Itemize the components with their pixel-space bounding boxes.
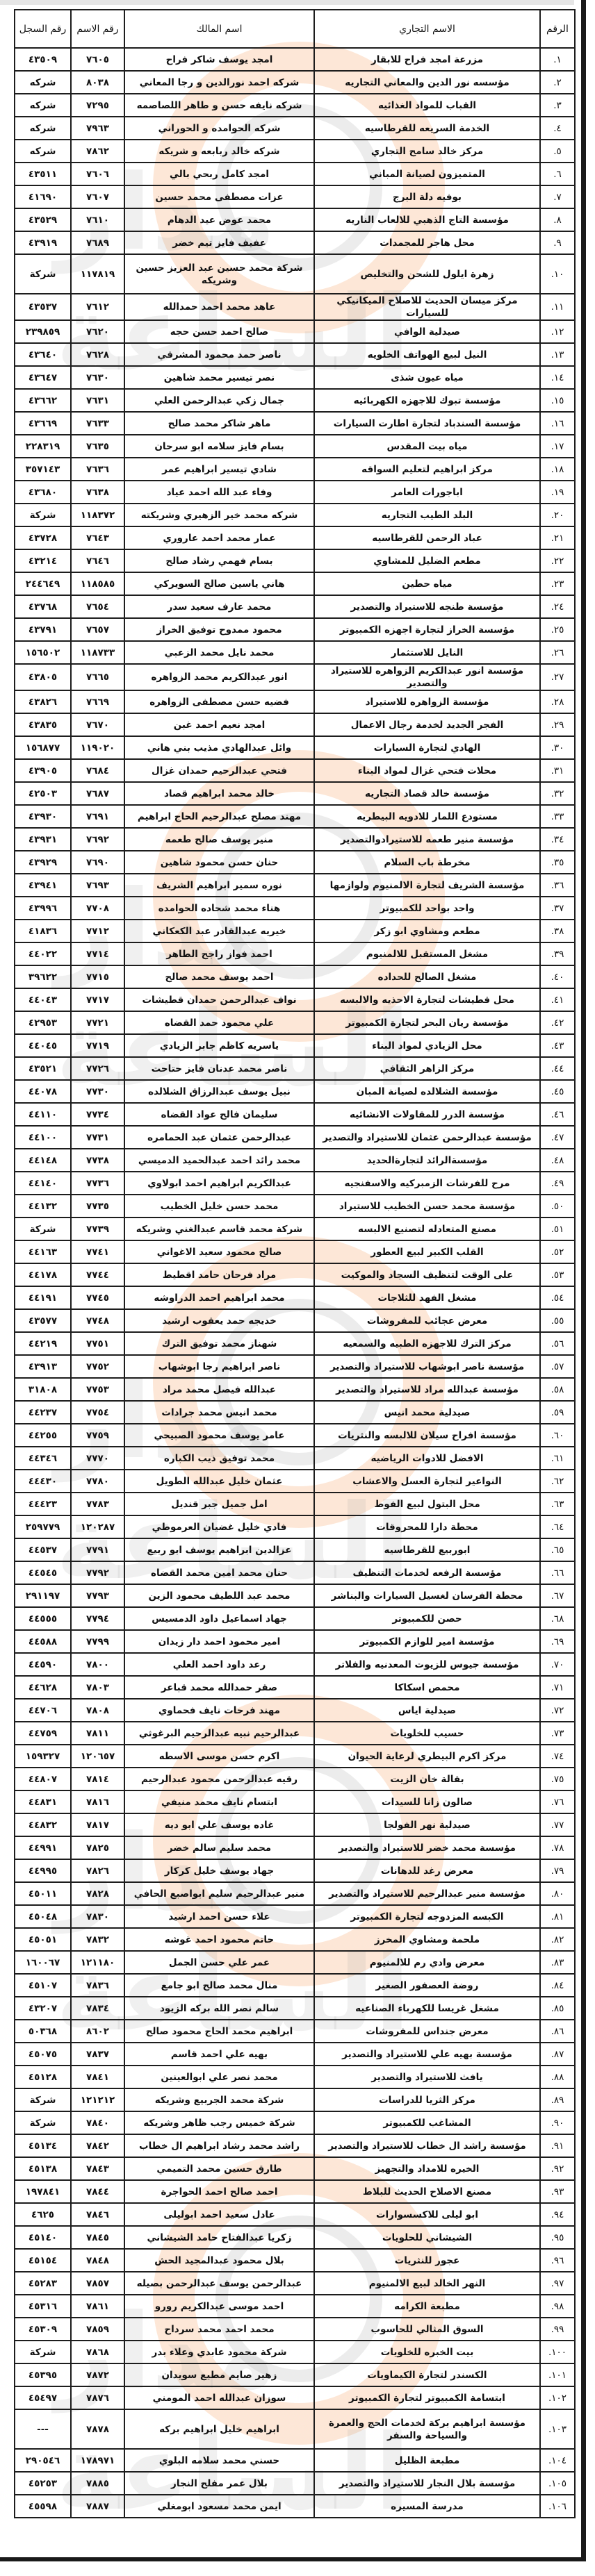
row-index: ٩٩. xyxy=(540,2318,575,2341)
registry-number-cell: ٤٥١٢٨ xyxy=(15,2066,71,2088)
row-index: ٤٠. xyxy=(540,965,575,988)
name-number-cell: ١١٧٨١٩ xyxy=(71,254,124,294)
name-number-cell: ١٢٠٢٨٧ xyxy=(71,1515,124,1538)
owner-name-cell: نواف عبدالرحمن حمدان قطيشات xyxy=(124,988,314,1011)
top-strip xyxy=(0,0,574,5)
table-row: ٧٠.مؤسسة جيوس للزيوت المعدنيه والفلاتررع… xyxy=(15,1653,575,1676)
registry-number-cell: ٤٤١٧٨ xyxy=(15,1263,71,1286)
table-row: ٧٣.حسيب للخلوياتعبدالرحيم نبيه عبدالرحيم… xyxy=(15,1722,575,1745)
name-number-cell: ٧٧٠٨ xyxy=(71,897,124,920)
table-row: ٢.مؤسسه نور الدين والمعاني التجاريهشركه … xyxy=(15,71,575,94)
owner-name-cell: جهاد اسماعيل داود الدمسيس xyxy=(124,1607,314,1630)
row-index: ٧٦. xyxy=(540,1790,575,1813)
table-row: ٦٤.محطة دارا للمحروقاتفادي خليل غضيان ال… xyxy=(15,1515,575,1538)
name-number-cell: ٧٨٣٦ xyxy=(71,1974,124,1997)
row-index: ١٨. xyxy=(540,458,575,481)
name-number-cell: ٧٨٣٤ xyxy=(71,1997,124,2020)
trade-name-cell: مطبعة الكرامه xyxy=(314,2295,540,2318)
registry-number-cell: ٤٤٤٢٣ xyxy=(15,1493,71,1515)
owner-name-cell: خديجه حمد يعقوب ارشيد xyxy=(124,1309,314,1332)
table-row: ٩٧.النهر الخالد لبيع الالمنيومعبدالرحمن … xyxy=(15,2272,575,2295)
frame-right-border xyxy=(581,0,586,2561)
table-row: ٥٨.مؤسسة عبدالله مراد للاستيراد والتصدير… xyxy=(15,1378,575,1401)
name-number-cell: ٧٨٤٨ xyxy=(71,2249,124,2272)
table-row: ٤٦.مؤسسة الدرر للمقاولات الانشائيهسليمان… xyxy=(15,1103,575,1126)
owner-name-cell: ناصر حمد محمود المشرقي xyxy=(124,343,314,366)
row-index: ٦١. xyxy=(540,1447,575,1470)
name-number-cell: ٧٦٣٥ xyxy=(71,435,124,458)
row-index: ٨٦. xyxy=(540,2020,575,2043)
owner-name-cell: محمد عبد اللطيف محمود الزين xyxy=(124,1584,314,1607)
owner-name-cell: هناء محمد شحاده الحوامده xyxy=(124,897,314,920)
trade-name-cell: مؤسسة منير عبدالرحيم للاستيراد والتصدير xyxy=(314,1882,540,1905)
table-row: ٣٦.مؤسسة الشريف لتجارة الالمنيوم ولوازمه… xyxy=(15,874,575,897)
name-number-cell: ٧٦١٠ xyxy=(71,208,124,231)
registry-number-cell: ٤٥١٣٨ xyxy=(15,2157,71,2180)
table-row: ١١.مركز ميسان الحديث للاصلاح الميكانيكي … xyxy=(15,294,575,320)
name-number-cell: ٧٦٨٩ xyxy=(71,231,124,254)
name-number-cell: ٧٨٥٧ xyxy=(71,2272,124,2295)
row-index: ٦٨. xyxy=(540,1607,575,1630)
row-index: ١٥. xyxy=(540,389,575,412)
registry-number-cell: ١٥٦٨٧٧ xyxy=(15,736,71,759)
row-index: ٣٣. xyxy=(540,805,575,828)
registry-number-cell: شركه xyxy=(15,71,71,94)
row-index: ٣٢. xyxy=(540,782,575,805)
name-number-cell: ٧٧١٧ xyxy=(71,988,124,1011)
registry-number-cell: ٤٣٩٤١ xyxy=(15,874,71,897)
table-row: ٣٢.مؤسسة خالد قصاد التجاريهخالد محمد ابر… xyxy=(15,782,575,805)
row-index: ٨. xyxy=(540,208,575,231)
row-index: ٧٩. xyxy=(540,1859,575,1882)
trade-name-cell: محلات فتحي غزال لمواد البناء xyxy=(314,759,540,782)
owner-name-cell: امل جميل جبر قنديل xyxy=(124,1493,314,1515)
table-row: ١٠١.الكسندر لتجارة الكيماوياتزهير صايم م… xyxy=(15,2363,575,2386)
trade-name-cell: بقالة خان الزيت xyxy=(314,1768,540,1790)
row-index: ٤٦. xyxy=(540,1103,575,1126)
row-index: ١٩. xyxy=(540,481,575,504)
name-number-cell: ٧٦٣٣ xyxy=(71,412,124,435)
name-number-cell: ٧٨٤١ xyxy=(71,2066,124,2088)
name-number-cell: ٧٧١٢ xyxy=(71,920,124,942)
owner-name-cell: بسام فايز سلامه ابو سرحان xyxy=(124,435,314,458)
name-number-cell: ١٧٨٩٧١ xyxy=(71,2449,124,2472)
name-number-cell: ٨٦٠٢ xyxy=(71,2020,124,2043)
table-row: ٦١.الافضل للادوات الرياضيهمحمد توفيق ذيب… xyxy=(15,1447,575,1470)
trade-name-cell: النواعير لتجارة العسل والاعشاب xyxy=(314,1470,540,1493)
registry-number-cell: ٤٤٧٠٦ xyxy=(15,1699,71,1722)
owner-name-cell: حاتم محمود احمد غوشه xyxy=(124,1928,314,1951)
name-number-cell: ٧٦٠٥ xyxy=(71,48,124,71)
name-number-cell: ١٢١٢١٢ xyxy=(71,2088,124,2111)
row-index: ٣. xyxy=(540,94,575,117)
row-index: ٩٠. xyxy=(540,2111,575,2134)
trade-name-cell: مؤسسة خالد قصاد التجاريه xyxy=(314,782,540,805)
name-number-cell: ٧٨٧٨ xyxy=(71,2409,124,2449)
name-number-cell: ١١٩٠٢٠ xyxy=(71,736,124,759)
trade-name-cell: الهادي لتجارة السيارات xyxy=(314,736,540,759)
row-index: ٣٦. xyxy=(540,874,575,897)
table-row: ٣٩.مشغل المستقبل للالمنيوماحمد فواز راجح… xyxy=(15,942,575,965)
table-row: ٤٨.مؤسسةالرائد لتجارةالحديدمحمد رائد احم… xyxy=(15,1149,575,1172)
registry-number-cell: ١٥٩٣٢٧ xyxy=(15,1745,71,1768)
table-row: ٨٥.مشغل غريسا للكهرباء الصناعيهسالم نصر … xyxy=(15,1997,575,2020)
name-number-cell: ٧٢٩٥ xyxy=(71,94,124,117)
registry-number-cell: ٤٥٢٨٣ xyxy=(15,2272,71,2295)
owner-name-cell: عبدالرحيم نبيه عبدالرحيم البرغوثي xyxy=(124,1722,314,1745)
registry-number-cell: ٤٣٨٣٥ xyxy=(15,713,71,736)
trade-name-cell: بيت الخبره للخلويات xyxy=(314,2341,540,2363)
table-row: ٣٤.مؤسسة منير طعمه للاستيرادوالتصديرمنير… xyxy=(15,828,575,851)
trade-name-cell: مؤسسة السندباد لتجارة اطارت السيارات xyxy=(314,412,540,435)
trade-name-cell: مؤسسة تبوك للاجهزه الكهربائيه xyxy=(314,389,540,412)
registry-number-cell: ٤٥١٠٧ xyxy=(15,1974,71,1997)
owner-name-cell: محمد حسن خليل الخطيب xyxy=(124,1195,314,1218)
trade-name-cell: مؤسسة منير طعمه للاستيرادوالتصدير xyxy=(314,828,540,851)
table-row: ٣٠.الهادي لتجارة السياراتوائل عبدالهادي … xyxy=(15,736,575,759)
registry-number-cell: ٤٤٥٥٥ xyxy=(15,1607,71,1630)
table-row: ١٠٥.مؤسسة بلال النجار للاستيراد والتصدير… xyxy=(15,2472,575,2495)
name-number-cell: ٧٦٥٤ xyxy=(71,595,124,618)
registry-number-cell: ٤٤٨٠٧ xyxy=(15,1768,71,1790)
owner-name-cell: علي محمود حمد القضاه xyxy=(124,1011,314,1034)
owner-name-cell: ناصر محمد عدنان فايز حتاحت xyxy=(124,1057,314,1080)
name-number-cell: ٧٦٧٠ xyxy=(71,713,124,736)
trade-name-cell: مؤسسة ريان البحر لتجارة الكمبيوتر xyxy=(314,1011,540,1034)
row-index: ٧٥. xyxy=(540,1768,575,1790)
row-index: ٢٨. xyxy=(540,690,575,713)
registry-number-cell: ٤٣٧٩١ xyxy=(15,618,71,641)
registry-number-cell: ٤٥٣٩٥ xyxy=(15,2363,71,2386)
owner-name-cell: بهيه علي احمد قاسم xyxy=(124,2043,314,2066)
name-number-cell: ٧٧١٩ xyxy=(71,1034,124,1057)
owner-name-cell: نصر تيسير محمد شاهين xyxy=(124,366,314,389)
row-index: ٧٨. xyxy=(540,1836,575,1859)
table-row: ١٠.زهرة ايلول للشحن والتخليصشركة محمد حس… xyxy=(15,254,575,294)
owner-name-cell: محمد نصر علي ابوالعينين xyxy=(124,2066,314,2088)
name-number-cell: ٧٨٨٥ xyxy=(71,2472,124,2495)
trade-name-cell: معرض رغد للدهانات xyxy=(314,1859,540,1882)
name-number-cell: ٧٦٩٠ xyxy=(71,851,124,874)
name-number-cell: ٧٨٣٢ xyxy=(71,1928,124,1951)
header-index: الرقم xyxy=(540,10,575,48)
table-row: ٦٢.النواعير لتجارة العسل والاعشابعثمان خ… xyxy=(15,1470,575,1493)
registry-number-cell: ٤٦٢٥ xyxy=(15,2203,71,2226)
owner-name-cell: ناصر ابراهيم رجا ابوشهاب xyxy=(124,1355,314,1378)
table-row: ٣٧.واحد بواحد للكمبيوترهناء محمد شحاده ا… xyxy=(15,897,575,920)
table-row: ٨٦.معرض جنداس للمفروشاتابراهيم محمد الحا… xyxy=(15,2020,575,2043)
row-index: ٣٥. xyxy=(540,851,575,874)
table-row: ٤٧.مؤسسة عبدالرحمن عثمان للاستيراد والتص… xyxy=(15,1126,575,1149)
registry-number-cell: ٤٣٧٦٨ xyxy=(15,595,71,618)
registry-number-cell: ٤٥١٥٤ xyxy=(15,2249,71,2272)
row-index: ٥٩. xyxy=(540,1401,575,1424)
table-row: ١٣.النيل لبيع الهواتف الخلويهناصر حمد مح… xyxy=(15,343,575,366)
name-number-cell: ٧٦٣٠ xyxy=(71,366,124,389)
trade-name-cell: مؤسسة بهيه علي للاستيراد والتصدير xyxy=(314,2043,540,2066)
name-number-cell: ٧٦٤٣ xyxy=(71,526,124,549)
row-index: ١٠١. xyxy=(540,2363,575,2386)
owner-name-cell: علاء حسن احمد ارشيد xyxy=(124,1905,314,1928)
table-row: ٣١.محلات فتحي غزال لمواد البناءفتحي عبدا… xyxy=(15,759,575,782)
table-row: ٤.الخدمة السريعه للقرطاسيهشركه الحوامده … xyxy=(15,117,575,140)
trade-name-cell: روضة العصفور الصغير xyxy=(314,1974,540,1997)
row-index: ٥٤. xyxy=(540,1286,575,1309)
trade-name-cell: حصن للكمبيوتر xyxy=(314,1607,540,1630)
trade-name-cell: مركز الترك للاجهزه الطبيه والسمعيه xyxy=(314,1332,540,1355)
row-index: ٧٤. xyxy=(540,1745,575,1768)
table-row: ٧.بوفيه دلة البرجعزات مصطفى محمد حسين٧٦٠… xyxy=(15,185,575,208)
owner-name-cell: محمد نايل محمد الزعبي xyxy=(124,641,314,664)
table-row: ٦٥.ابوربيع للقرطاسيهعزالدين ابراهيم يوسف… xyxy=(15,1538,575,1561)
owner-name-cell: فادي خليل غضيان العرموطي xyxy=(124,1515,314,1538)
trade-name-cell: معرض جنداس للمفروشات xyxy=(314,2020,540,2043)
table-row: ٩٠.المشاغب للكمبيوترشركة خميس رجب ظاهر و… xyxy=(15,2111,575,2134)
row-index: ٩٢. xyxy=(540,2157,575,2180)
name-number-cell: ٧٦١٢ xyxy=(71,294,124,320)
registry-number-cell: ٤٥٠٤٨ xyxy=(15,1905,71,1928)
owner-name-cell: رقيه عبدالرحمن محمود عبدالرحيم xyxy=(124,1768,314,1790)
trade-name-cell: مركز الثريا للدراسات xyxy=(314,2088,540,2111)
table-row: ٥٩.صيدلية محمد انيسمحمد انيس محمد جرادات… xyxy=(15,1401,575,1424)
owner-name-cell: عادل سعيد احمد ابوليلى xyxy=(124,2203,314,2226)
trade-name-cell: مؤسسة عبدالله مراد للاستيراد والتصدير xyxy=(314,1378,540,1401)
table-row: ٧٧.صيدلية نهر الفولجاغاده يوسف علي ابو د… xyxy=(15,1813,575,1836)
trade-name-cell: القباب للمواد الغذائيه xyxy=(314,94,540,117)
registry-number-cell: شركه xyxy=(15,140,71,163)
row-index: ٧. xyxy=(540,185,575,208)
table-row: ٧٥.بقالة خان الزيترقيه عبدالرحمن محمود ع… xyxy=(15,1768,575,1790)
row-index: ٢٣. xyxy=(540,572,575,595)
row-index: ٣٧. xyxy=(540,897,575,920)
owner-name-cell: ايمن محمد مسعود ابومغلي xyxy=(124,2495,314,2518)
trade-name-cell: مؤسسه نور الدين والمعاني التجاريه xyxy=(314,71,540,94)
owner-name-cell: محمود ممدوح توفيق الخراز xyxy=(124,618,314,641)
row-index: ١٠٠. xyxy=(540,2341,575,2363)
owner-name-cell: عثمان خليل عبدالله الطويل xyxy=(124,1470,314,1493)
name-number-cell: ٧٧٤٥ xyxy=(71,1286,124,1309)
name-number-cell: ٧٨٤٣ xyxy=(71,2157,124,2180)
row-index: ٤٥. xyxy=(540,1080,575,1103)
owner-name-cell: عفيف فايز تيم خضر xyxy=(124,231,314,254)
row-index: ٦. xyxy=(540,163,575,185)
table-row: ٧٢.صيدلية اياسمهند فرحات نايف فحماوي٧٨٠٨… xyxy=(15,1699,575,1722)
name-number-cell: ١٢١١٨٠ xyxy=(71,1951,124,1974)
owner-name-cell: محمد رائد احمد عبدالحميد الدميسي xyxy=(124,1149,314,1172)
trade-name-cell: محل البتول لبيع الفوط xyxy=(314,1493,540,1515)
trade-name-cell: مركز الزاهر الثقافي xyxy=(314,1057,540,1080)
registry-number-cell: ٤٤٠٤٥ xyxy=(15,1034,71,1057)
owner-name-cell: محمد عوض عيد الدهام xyxy=(124,208,314,231)
owner-name-cell: عبدالكريم ابراهيم احمد ابولاوي xyxy=(124,1172,314,1195)
row-index: ٧٧. xyxy=(540,1813,575,1836)
owner-name-cell: راشد محمد رشاد ابراهيم ال خطاب xyxy=(124,2134,314,2157)
registry-number-cell: ٣٩٦٢٢ xyxy=(15,965,71,988)
name-number-cell: ٧٨٣٧ xyxy=(71,2043,124,2066)
table-row: ٦٠.مؤسسة افراح سيلان للالبسه والنثرياتعا… xyxy=(15,1424,575,1447)
row-index: ٥١. xyxy=(540,1218,575,1240)
owner-name-cell: عمر علي حسن الجمل xyxy=(124,1951,314,1974)
registry-number-cell: ٢٩١١٩٧ xyxy=(15,1584,71,1607)
name-number-cell: ٧٧٣٦ xyxy=(71,1172,124,1195)
name-number-cell: ٧٦٩١ xyxy=(71,805,124,828)
owner-name-cell: بلال محمود عبدالمجيد الحش xyxy=(124,2249,314,2272)
trade-name-cell: محمص اسكاكا xyxy=(314,1676,540,1699)
table-row: ١٩.اباجورات العامروفاء عبد الله احمد عيا… xyxy=(15,481,575,504)
registry-number-cell: شركة xyxy=(15,1218,71,1240)
table-row: ٥٣.على الوقت لتنظيف السجاد والموكيتمراد … xyxy=(15,1263,575,1286)
table-row: ٥٤.مشغل الفهد للثلاجاتمحمد ابراهيم احمد … xyxy=(15,1286,575,1309)
trade-name-cell: مدرسة المسيره xyxy=(314,2495,540,2518)
table-row: ١.مزرعة امجد فراح للابقارامجد يوسف شاكر … xyxy=(15,48,575,71)
owner-name-cell: زهير صايم مطيع سويدان xyxy=(124,2363,314,2386)
registry-number-cell: ٤٥٢٥٣ xyxy=(15,2472,71,2495)
trade-name-cell: مؤسسة بلال النجار للاستيراد والتصدير xyxy=(314,2472,540,2495)
registry-number-cell: ٤٥٠٥١ xyxy=(15,1928,71,1951)
trade-name-cell: صيدلية الوافي xyxy=(314,320,540,343)
row-index: ٦٦. xyxy=(540,1561,575,1584)
registry-number-cell: شركة xyxy=(15,2111,71,2134)
owner-name-cell: احمد صالح احمد الحواجرة xyxy=(124,2180,314,2203)
name-number-cell: ٧٨٤٤ xyxy=(71,2180,124,2203)
name-number-cell: ٧٨٤٠ xyxy=(71,2111,124,2134)
registry-number-cell: ٤٥٥٩٨ xyxy=(15,2495,71,2518)
row-index: ٤٤. xyxy=(540,1057,575,1080)
row-index: ٦٠. xyxy=(540,1424,575,1447)
row-index: ٣١. xyxy=(540,759,575,782)
registry-number-cell: ٤٤٤٣٠ xyxy=(15,1470,71,1493)
registry-number-cell: ٤٣٦٦٩ xyxy=(15,412,71,435)
name-number-cell: ٧٨١٦ xyxy=(71,1790,124,1813)
trade-name-cell: مؤسسة جيوس للزيوت المعدنيه والفلاتر xyxy=(314,1653,540,1676)
row-index: ٢٦. xyxy=(540,641,575,664)
registry-number-cell: ٤٣٥١١ xyxy=(15,163,71,185)
owner-name-cell: عامر يوسف محمود الصبيحي xyxy=(124,1424,314,1447)
row-index: ٣٩. xyxy=(540,942,575,965)
table-row: ٨٢.ملحمة ومشاوي المخرزحاتم محمود احمد غو… xyxy=(15,1928,575,1951)
owner-name-cell: محمد سليم سالم خضر xyxy=(124,1836,314,1859)
table-row: ٨٨.يافث للاستيراد والتصديرمحمد نصر علي ا… xyxy=(15,2066,575,2088)
name-number-cell: ٧٧٨٣ xyxy=(71,1493,124,1515)
owner-name-cell: شركه محمد خير الزهيري وشريكته xyxy=(124,504,314,526)
owner-name-cell: ابراهيم خليل ابراهيم بركه xyxy=(124,2409,314,2449)
registry-number-cell: ٤٤٩٩١ xyxy=(15,1836,71,1859)
registry-number-cell: ٤٢٥٠٣ xyxy=(15,782,71,805)
table-row: ٢٠.البلد الطيب التجاريهشركه محمد خير الز… xyxy=(15,504,575,526)
trade-name-cell: مشغل الصالح للحداده xyxy=(314,965,540,988)
name-number-cell: ٧٨٠٣ xyxy=(71,1676,124,1699)
row-index: ٨٩. xyxy=(540,2088,575,2111)
name-number-cell: ٧٨٥٩ xyxy=(71,2318,124,2341)
row-index: ٢٠. xyxy=(540,504,575,526)
row-index: ٢٥. xyxy=(540,618,575,641)
table-row: ٢٧.مؤسسة انور عبدالكريم الزواهره للاستير… xyxy=(15,664,575,690)
name-number-cell: ٧٩٦٣ xyxy=(71,117,124,140)
table-row: ٨١.الكبسه المزدوجه لتجارة الكمبيوترعلاء … xyxy=(15,1905,575,1928)
row-index: ٥. xyxy=(540,140,575,163)
name-number-cell: ٧٨٦٨ xyxy=(71,2341,124,2363)
owner-name-cell: فتحي عبدالرحيم حمدان غزال xyxy=(124,759,314,782)
row-index: ٥٦. xyxy=(540,1332,575,1355)
owner-name-cell: خيريه عبدالقادر عبد الكعكاني xyxy=(124,920,314,942)
registry-number-cell: ٤٣٩١٣ xyxy=(15,1355,71,1378)
row-index: ٢٩. xyxy=(540,713,575,736)
row-index: ١٦. xyxy=(540,412,575,435)
name-number-cell: ٧٧٩٢ xyxy=(71,1561,124,1584)
row-index: ٨٣. xyxy=(540,1951,575,1974)
row-index: ٥٠. xyxy=(540,1195,575,1218)
row-index: ٥٥. xyxy=(540,1309,575,1332)
registry-number-cell: ٤٤٠٤٣ xyxy=(15,988,71,1011)
name-number-cell: ٧٨٢٥ xyxy=(71,1836,124,1859)
name-number-cell: ٧٧٤١ xyxy=(71,1240,124,1263)
registry-number-cell: شركه xyxy=(15,94,71,117)
row-index: ١٠٢. xyxy=(540,2386,575,2409)
owner-name-cell: عبدالرحمن يوسف عبدالرحمن بصيله xyxy=(124,2272,314,2295)
registry-number-cell: شركة xyxy=(15,254,71,294)
owner-name-cell: سوزان عبدالله احمد المومني xyxy=(124,2386,314,2409)
name-number-cell: ٧٧٥٣ xyxy=(71,1378,124,1401)
trade-name-cell: مياه بيت المقدس xyxy=(314,435,540,458)
trade-name-cell: الكسندر لتجارة الكيماويات xyxy=(314,2363,540,2386)
registry-number-cell: ٤٤١٣٢ xyxy=(15,1195,71,1218)
registry-number-cell: ٤٣٧٢٨ xyxy=(15,526,71,549)
owner-name-cell: شركة محمود عابدي وعلاء بدر xyxy=(124,2341,314,2363)
row-index: ٢. xyxy=(540,71,575,94)
row-index: ٦٧. xyxy=(540,1584,575,1607)
table-row: ٧٤.مركز اكرم البيطري لرعاية الحيواناكرم … xyxy=(15,1745,575,1768)
row-index: ١. xyxy=(540,48,575,71)
registry-number-cell: ٤٣٢٠٧ xyxy=(15,1997,71,2020)
owner-name-cell: بسام فهمي رشاد صالح xyxy=(124,549,314,572)
registry-number-cell: ٢٤٤٦٤٩ xyxy=(15,572,71,595)
name-number-cell: ٧٨١٤ xyxy=(71,1768,124,1790)
trade-name-cell: الخيره للامداد والتجهيز xyxy=(314,2157,540,2180)
row-index: ٦٩. xyxy=(540,1630,575,1653)
name-number-cell: ٧٦٦٩ xyxy=(71,690,124,713)
row-index: ١٤. xyxy=(540,366,575,389)
trade-name-cell: مشغل غريسا للكهرباء الصناعيه xyxy=(314,1997,540,2020)
table-row: ٨٣.معرض وادي رم للالمنيومعمر علي حسن الج… xyxy=(15,1951,575,1974)
table-row: ٥٥.معرض عجائب للمفروشاتخديجه حمد يعقوب ا… xyxy=(15,1309,575,1332)
owner-name-cell: شهناز محمد توفيق الترك xyxy=(124,1332,314,1355)
table-row: ٨.مؤسسة التاج الذهبي للالعاب الناريهمحمد… xyxy=(15,208,575,231)
registry-number-cell: ٤٣٨٢٦ xyxy=(15,690,71,713)
owner-name-cell: احمد موسى عبدالكريم رورو xyxy=(124,2295,314,2318)
owner-name-cell: ابراهيم محمد الحاج محمود صالح xyxy=(124,2020,314,2043)
row-index: ٥٣. xyxy=(540,1263,575,1286)
table-row: ٥٠.مؤسسة محمد حسن الخطيب للاستيرادمحمد ح… xyxy=(15,1195,575,1218)
trade-name-cell: ابتسامة الكمبيوتر لتجارة الكمبيوتر xyxy=(314,2386,540,2409)
row-index: ٨٢. xyxy=(540,1928,575,1951)
row-index: ٤٧. xyxy=(540,1126,575,1149)
registry-number-cell: ٤٣٥٠٩ xyxy=(15,48,71,71)
name-number-cell: ٧٧٥٩ xyxy=(71,1424,124,1447)
registry-number-cell: ٤٣٥٢٩ xyxy=(15,208,71,231)
registry-number-cell: ٤١٦٩٠ xyxy=(15,185,71,208)
table-row: ٢٣.مياه حطينهاني ياسين صالح السويركي١١٨٥… xyxy=(15,572,575,595)
row-index: ٣٤. xyxy=(540,828,575,851)
table-row: ١٠٠.بيت الخبره للخلوياتشركة محمود عابدي … xyxy=(15,2341,575,2363)
trade-name-cell: واحد بواحد للكمبيوتر xyxy=(314,897,540,920)
name-number-cell: ٧٦٨٧ xyxy=(71,782,124,805)
trade-name-cell: مؤسسة الدرر للمقاولات الانشائيه xyxy=(314,1103,540,1126)
owner-name-cell: عزالدين ابراهيم يوسف ابو ربيع xyxy=(124,1538,314,1561)
name-number-cell: ٧٧٨٠ xyxy=(71,1470,124,1493)
registry-number-cell: ٤٥٣١٦ xyxy=(15,2295,71,2318)
trade-name-cell: مركز ميسان الحديث للاصلاح الميكانيكي للس… xyxy=(314,294,540,320)
table-row: ١٥.مؤسسة تبوك للاجهزه الكهربائيهجمال زكي… xyxy=(15,389,575,412)
